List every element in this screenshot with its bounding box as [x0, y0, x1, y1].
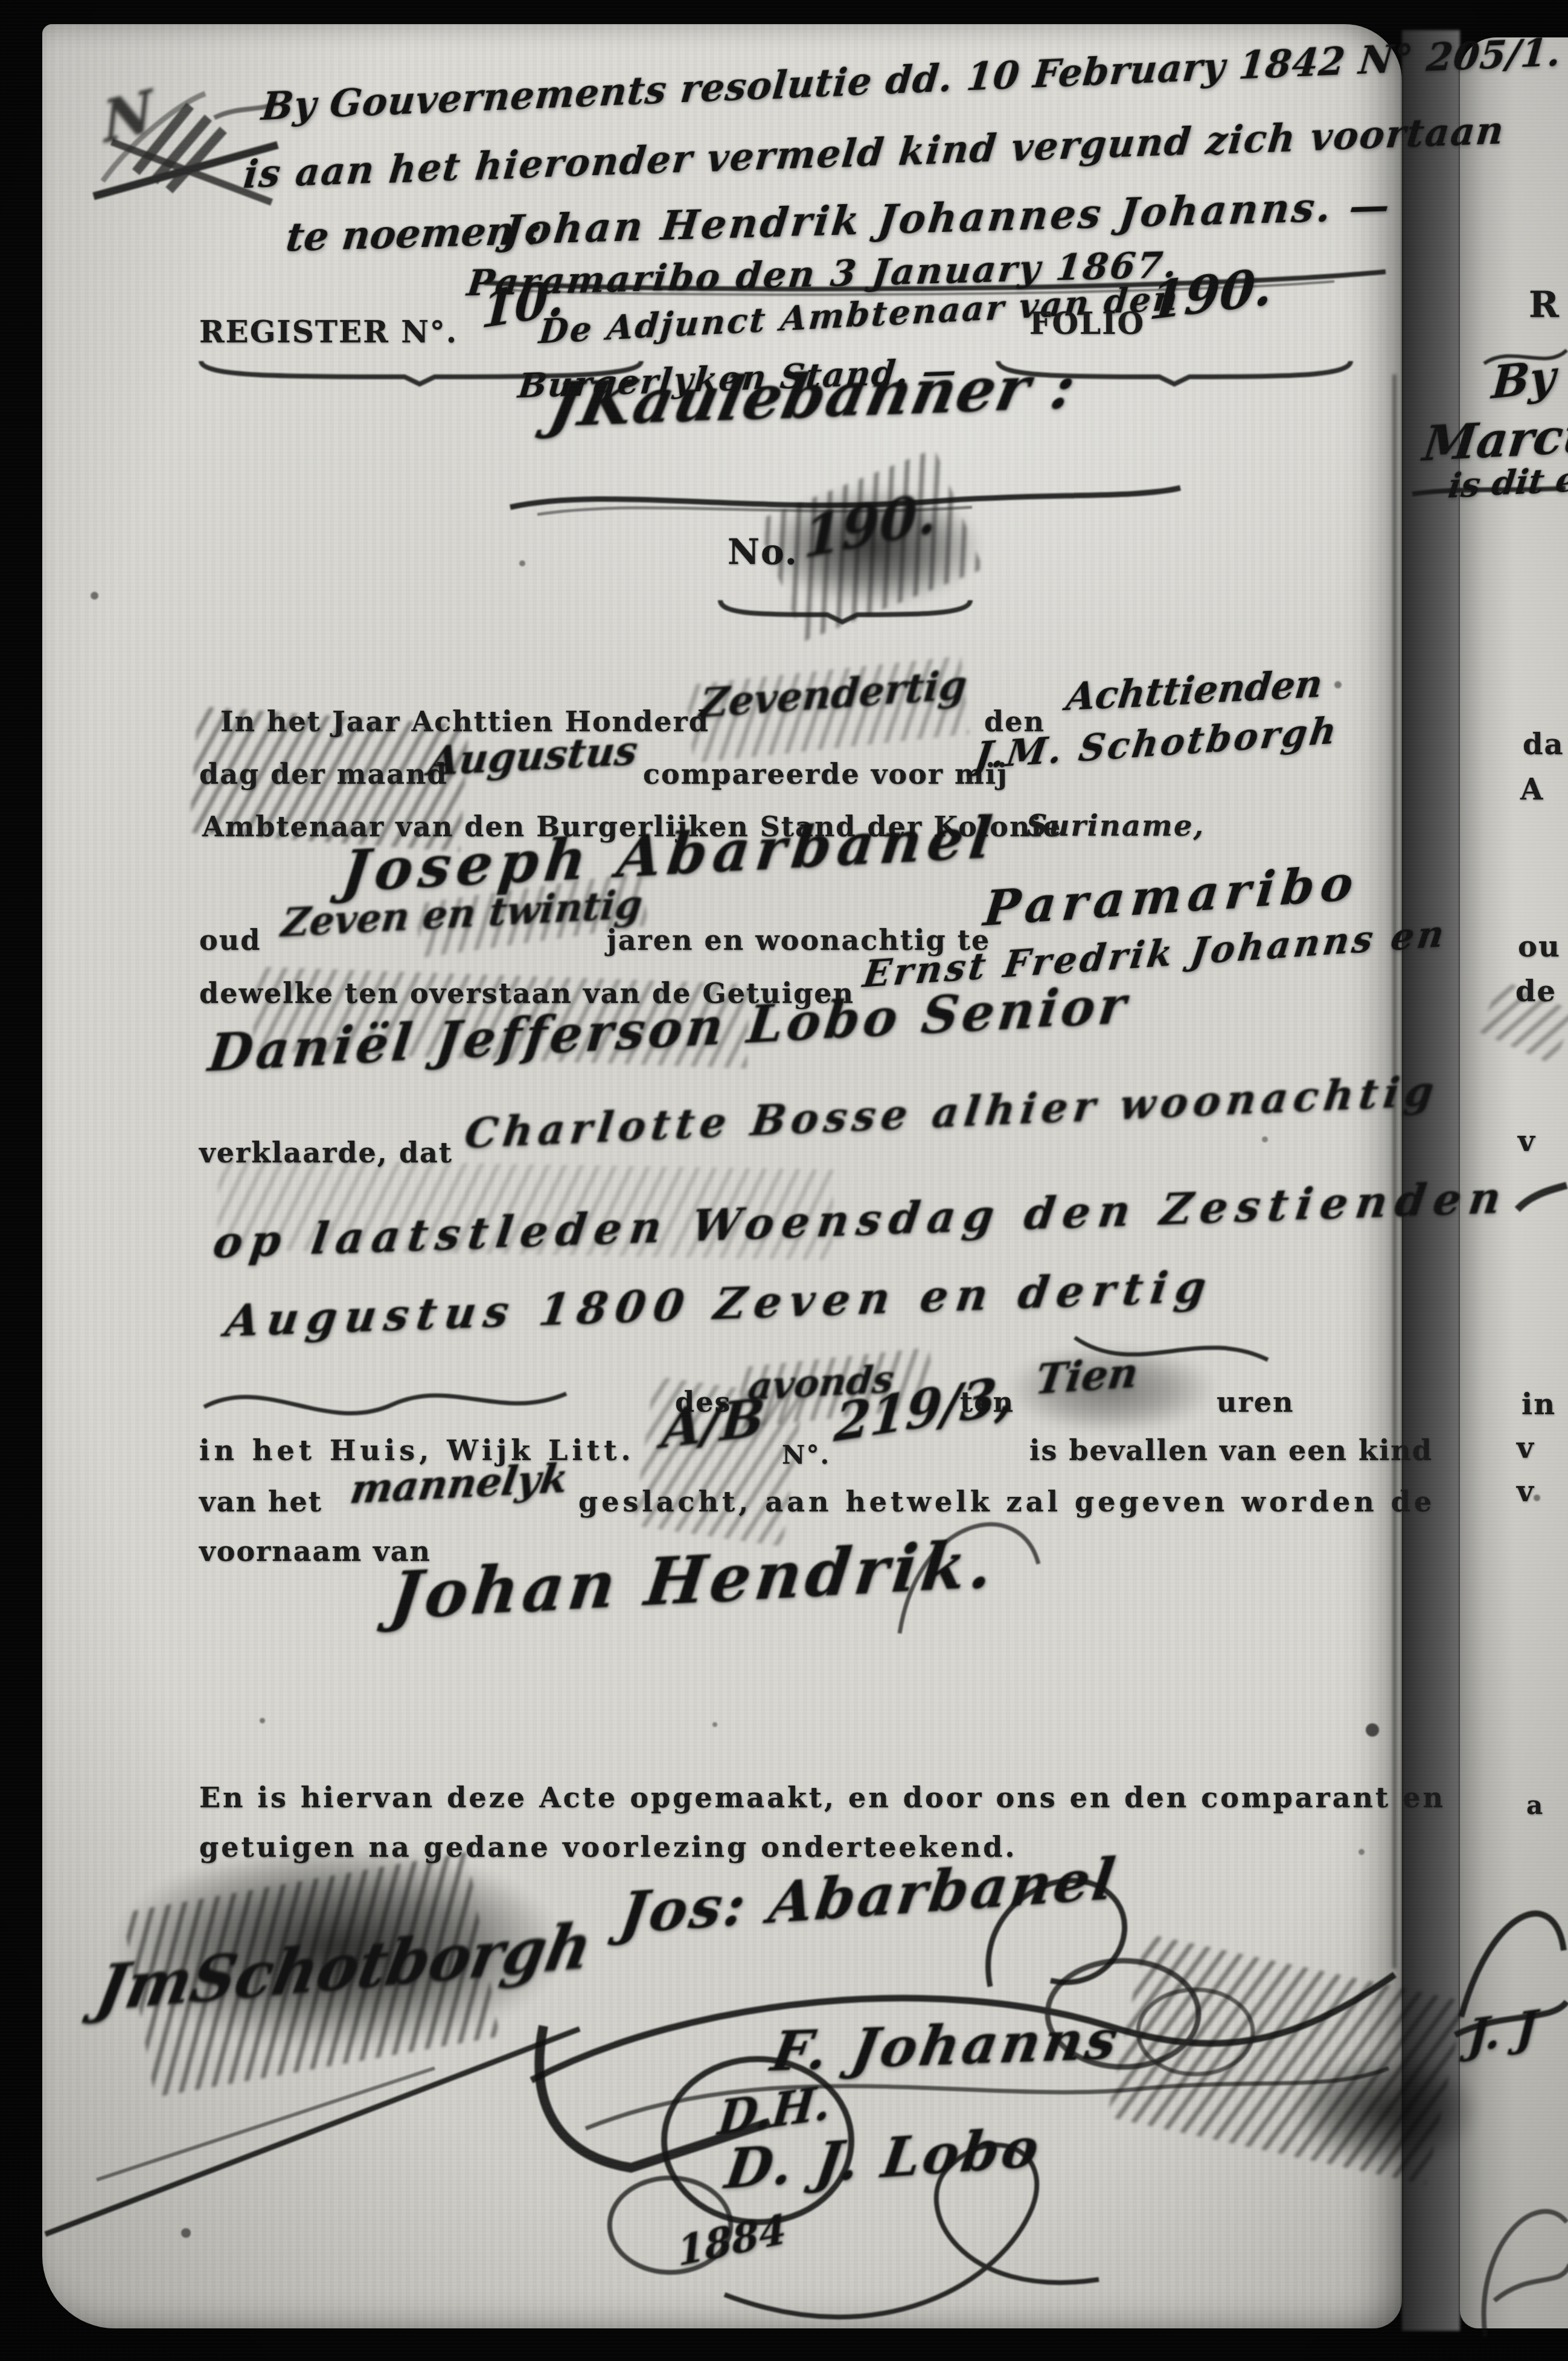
paper-speck [1358, 1849, 1365, 1855]
right-signature-loop2 [1470, 2150, 1568, 2349]
body-handwritten-hour: Tien [1032, 1348, 1141, 1405]
right-signature-fragment: J. J [1466, 2000, 1539, 2063]
body-printed: uren [1217, 1386, 1294, 1418]
body-printed: van het [199, 1485, 322, 1518]
page-edge-shadow [1392, 374, 1397, 1969]
right-ink-dash [1512, 1180, 1568, 1217]
right-annotation-isdit: is dit e [1446, 459, 1568, 506]
right-printed-fragment: ou [1518, 930, 1561, 964]
body-printed: is bevallen van een kind [1029, 1434, 1433, 1467]
folio-label: FOLIO [1029, 306, 1145, 341]
paper-speck [1334, 681, 1342, 688]
witness2-signature-loops [568, 2095, 1171, 2355]
paper-speck [1256, 1499, 1261, 1504]
paper-speck [1262, 1136, 1268, 1142]
paper-speck [91, 592, 98, 600]
right-printed-fragment: in [1522, 1388, 1556, 1421]
right-register-fragment: R [1529, 284, 1560, 326]
body-printed: oud [199, 924, 261, 956]
body-printed: dag der maand [199, 758, 448, 790]
paper-speck [1366, 1723, 1379, 1737]
paper-speck [1534, 1494, 1540, 1501]
right-printed-fragment: da [1523, 728, 1564, 761]
right-printed-fragment: v [1517, 1475, 1535, 1508]
act-number-curly-brace-icon [715, 597, 975, 624]
right-printed-fragment: a [1526, 1790, 1544, 1820]
leading-wave-flourish [199, 1370, 574, 1439]
right-printed-fragment: v [1518, 1124, 1536, 1158]
register-label: REGISTER N°. [199, 314, 458, 350]
right-annotation-by: By [1490, 350, 1557, 409]
paper-speck [712, 1722, 717, 1727]
ink-blot-bottom-right [1292, 2053, 1479, 2168]
paper-speck [338, 732, 344, 737]
scanned-register-photo: N By Gouvernements resolutie dd. 10 Febr… [0, 0, 1568, 2361]
paper-speck [260, 1718, 265, 1723]
corner-mark-letter: N [101, 77, 155, 156]
right-printed-fragment: A [1520, 773, 1544, 807]
body-printed: N°. [782, 1440, 830, 1470]
paper-speck [519, 560, 525, 566]
right-printed-fragment: v [1517, 1431, 1535, 1465]
body-printed-colony: Suriname, [1026, 809, 1205, 843]
paper-speck [181, 2228, 191, 2238]
closing-line1: En is hiervan deze Acte opgemaakt, en do… [199, 1781, 1445, 1814]
body-printed: compareerde voor mij [643, 758, 1008, 790]
